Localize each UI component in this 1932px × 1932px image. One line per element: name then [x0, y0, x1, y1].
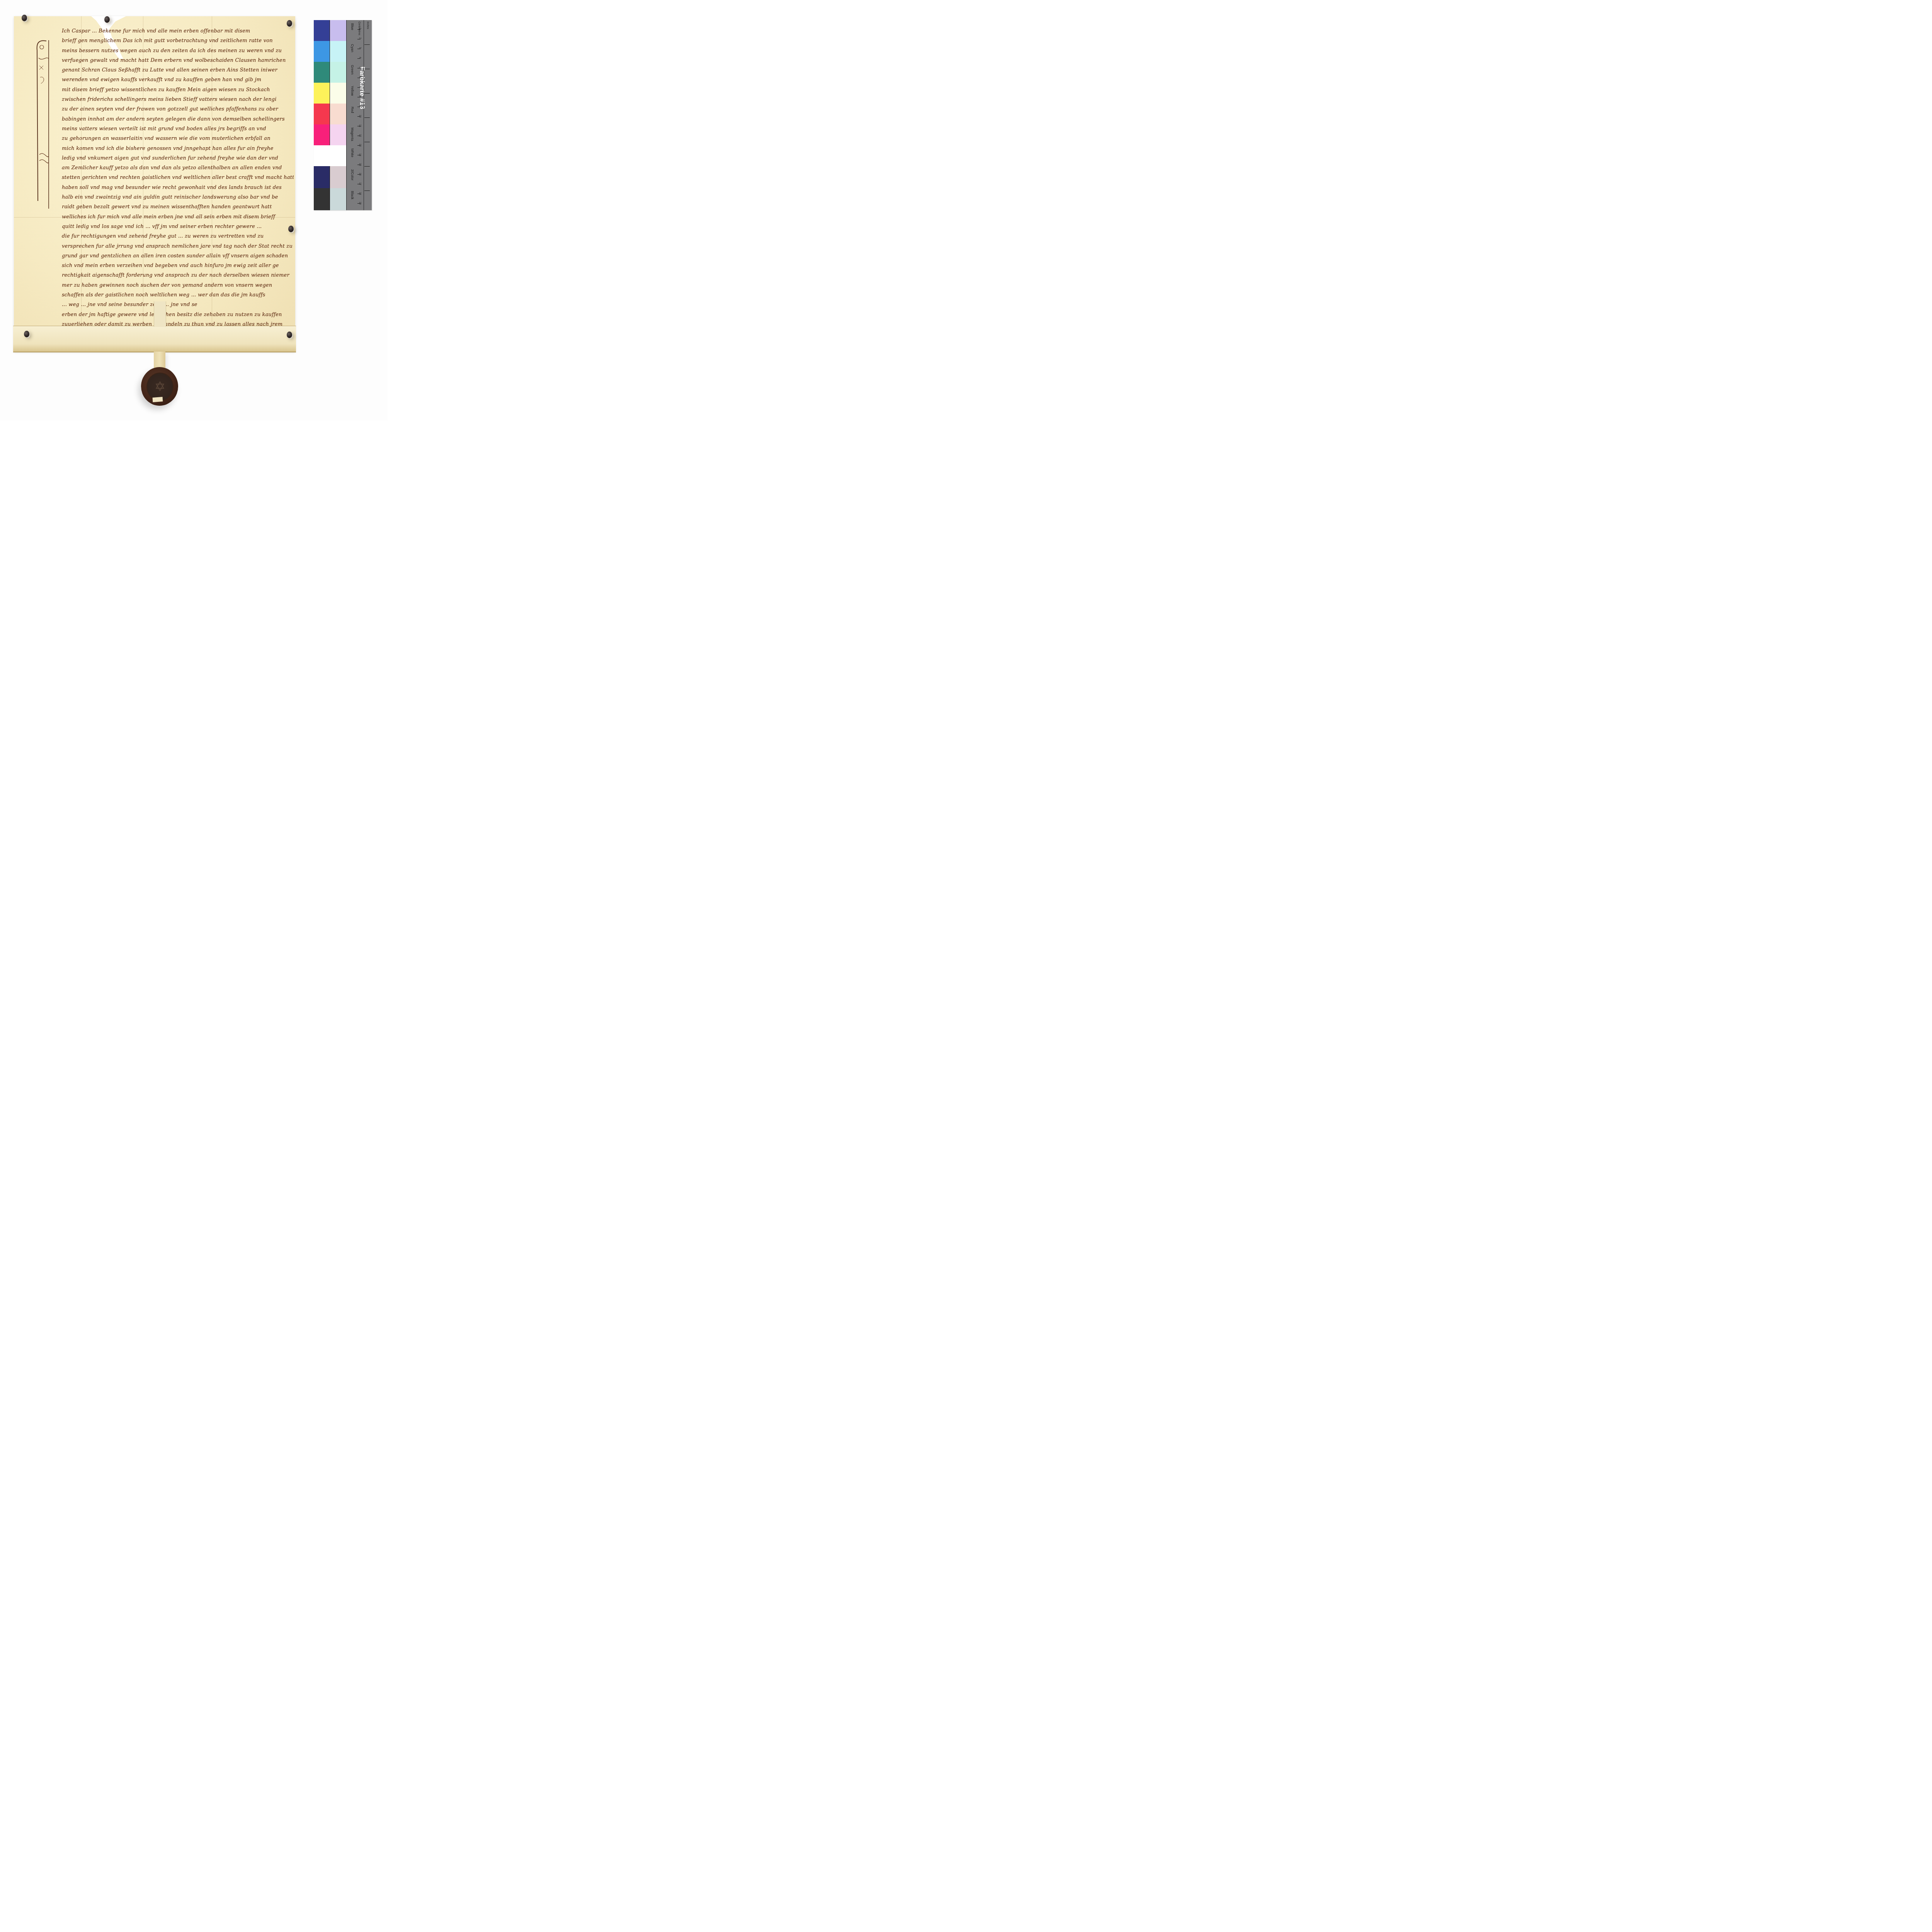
- cm-tick: 19: [359, 202, 361, 204]
- patch-blue-dark: [314, 20, 330, 41]
- patch-row-black: [314, 188, 347, 210]
- patch-red-dark: [314, 104, 330, 124]
- cm-tick: 8: [359, 95, 361, 97]
- patch-row-3color: [314, 166, 347, 189]
- patch-3color-light: [330, 166, 347, 188]
- text-line: versprechen fur alle jrrung vnd ansprach…: [62, 241, 294, 251]
- text-line: erben der jm haftige gewere vnd leiblich…: [62, 310, 294, 320]
- text-line: sich vnd mein erben verzeihen vnd begebe…: [62, 261, 294, 270]
- cm-tick: 16: [359, 173, 361, 175]
- text-line: zu gehorungen an wasserlaitin vnd wasser…: [62, 134, 294, 143]
- text-line: zuuerliehen oder damit zu werben zu hand…: [62, 320, 294, 329]
- text-line: rechtigkait aigenschafft forderung vnd a…: [62, 270, 294, 280]
- measurement-ruler: Farbkarte #13 Blue Cyan Green Yellow Red…: [347, 20, 372, 210]
- text-line: raidt geben bezalt gewert vnd zu meinen …: [62, 202, 294, 212]
- text-line: quitt ledig vnd los sage vnd ich ... vff…: [62, 222, 294, 231]
- text-line: schaffen als der gaistlichen noch weltli…: [62, 290, 294, 300]
- shield-icon: ✡: [147, 373, 173, 400]
- text-line: verfuegen gewalt vnd macht hatt Dem erbe…: [62, 56, 294, 65]
- patch-magenta-light: [330, 124, 347, 145]
- cm-tick: 7: [359, 86, 361, 87]
- patch-label-red: Red: [350, 107, 354, 113]
- patch-black-light: [330, 188, 347, 210]
- unit-label-inches: Inches: [366, 22, 369, 29]
- patch-label-3color: 3/Color: [350, 169, 354, 180]
- margin-flourish-icon: [35, 39, 50, 209]
- text-line: ... weg ... jne vnd seine besunder zehn …: [62, 300, 294, 310]
- patch-cyan-dark: [314, 41, 330, 62]
- seal-strap-end: [153, 397, 163, 402]
- cm-tick: 9: [359, 105, 361, 107]
- patch-green-dark: [314, 62, 330, 83]
- patch-label-magenta: Magenta: [350, 128, 354, 141]
- text-line: haben soll vnd mag vnd besunder wie rech…: [62, 183, 294, 192]
- text-line: halb ein vnd zwaintzig vnd ain guldin gu…: [62, 192, 294, 202]
- patch-green-light: [330, 62, 347, 83]
- patch-yellow-dark: [314, 83, 330, 104]
- text-line: mit disem brieff yetzo wissentlichen zu …: [62, 85, 294, 95]
- text-line: werenden vnd ewigen kauffs verkaufft vnd…: [62, 75, 294, 85]
- charter-text: Ich Caspar ... Bekenne fur mich vnd alle…: [62, 26, 294, 329]
- text-line: zu der ainen seyten vnd der frawen von g…: [62, 104, 294, 114]
- mounting-pin-icon: [104, 16, 110, 23]
- patch-label-black: Black: [350, 191, 354, 199]
- cm-tick: 5: [359, 66, 361, 68]
- text-line: die fur rechtigungen vnd zehend freyhe g…: [62, 231, 294, 241]
- cm-tick: 10: [359, 115, 361, 117]
- patch-blue-light: [330, 20, 347, 41]
- text-line: am Zemlicher kauff yetzo als dan vnd dan…: [62, 163, 294, 173]
- cm-tick: 2: [359, 37, 361, 39]
- text-line: Ich Caspar ... Bekenne fur mich vnd alle…: [62, 26, 294, 36]
- cm-tick: 6: [359, 76, 361, 78]
- mounting-pin-icon: [287, 332, 292, 338]
- text-line: genant Schran Claus Seßhafft zu Lutte vn…: [62, 65, 294, 75]
- scan-stage: Ich Caspar ... Bekenne fur mich vnd alle…: [0, 0, 388, 420]
- cm-tick: 14: [359, 153, 361, 156]
- patch-label-white: White: [350, 148, 354, 157]
- cm-tick: 1: [359, 28, 361, 29]
- patch-row-magenta: [314, 124, 347, 146]
- wax-seal: ✡: [141, 367, 178, 406]
- mounting-pin-icon: [287, 20, 292, 27]
- patch-row-white: [314, 145, 347, 167]
- cm-tick: 4: [359, 57, 361, 58]
- patch-label-green: Green: [350, 65, 354, 75]
- ruler-edge: [364, 20, 364, 210]
- text-line: stetten gerichten vnd rechten gaistliche…: [62, 173, 294, 182]
- cm-tick: 13: [359, 144, 361, 146]
- color-reference-chart: Farbkarte #13 Blue Cyan Green Yellow Red…: [314, 20, 372, 210]
- patch-yellow-light: [330, 83, 347, 104]
- text-line: ledig vnd vnkumert aigen gut vnd sunderl…: [62, 153, 294, 163]
- seal-strap: [154, 301, 166, 327]
- patch-magenta-dark: [314, 124, 330, 145]
- patch-label-yellow: Yellow: [350, 86, 354, 96]
- text-line: zwischen friderichs schellingers meins l…: [62, 95, 294, 104]
- patch-red-light: [330, 104, 347, 124]
- text-line: meins vatters wiesen verteilt ist mit gr…: [62, 124, 294, 134]
- mounting-pin-icon: [288, 226, 294, 232]
- color-patches: [314, 20, 347, 210]
- patch-3color-dark: [314, 166, 330, 188]
- patch-row-cyan: [314, 41, 347, 62]
- patch-row-yellow: [314, 83, 347, 104]
- cm-tick: 17: [359, 182, 361, 185]
- patch-label-cyan: Cyan: [350, 44, 354, 52]
- text-line: mer zu haben gewinnen noch suchen der vo…: [62, 281, 294, 290]
- patch-cyan-light: [330, 41, 347, 62]
- text-line: babingen innhat am der andern seyten gel…: [62, 114, 294, 124]
- text-line: mich komen vnd ich die bishere genossen …: [62, 144, 294, 153]
- patch-white: [314, 145, 347, 166]
- cm-tick: 18: [359, 192, 361, 195]
- mounting-pin-icon: [24, 331, 29, 337]
- text-line: grund gar vnd gentzlichen an allen iren …: [62, 251, 294, 261]
- patch-row-red: [314, 104, 347, 125]
- cm-tick: 12: [359, 134, 361, 137]
- cm-tick: 15: [359, 163, 361, 166]
- patch-black-dark: [314, 188, 330, 210]
- patch-row-blue: [314, 20, 347, 41]
- cm-tick: 11: [359, 124, 361, 127]
- patch-label-blue: Blue: [350, 23, 354, 30]
- cm-tick: 3: [359, 47, 361, 49]
- plica-fold: [13, 326, 296, 352]
- text-line: welliches ich fur mich vnd alle mein erb…: [62, 212, 294, 222]
- text-line: meins bessern nutzes wegen auch zu den z…: [62, 46, 294, 56]
- patch-row-green: [314, 62, 347, 83]
- text-line: brieff gen menglichem Das ich mit gutt v…: [62, 36, 294, 46]
- mounting-pin-icon: [22, 15, 27, 21]
